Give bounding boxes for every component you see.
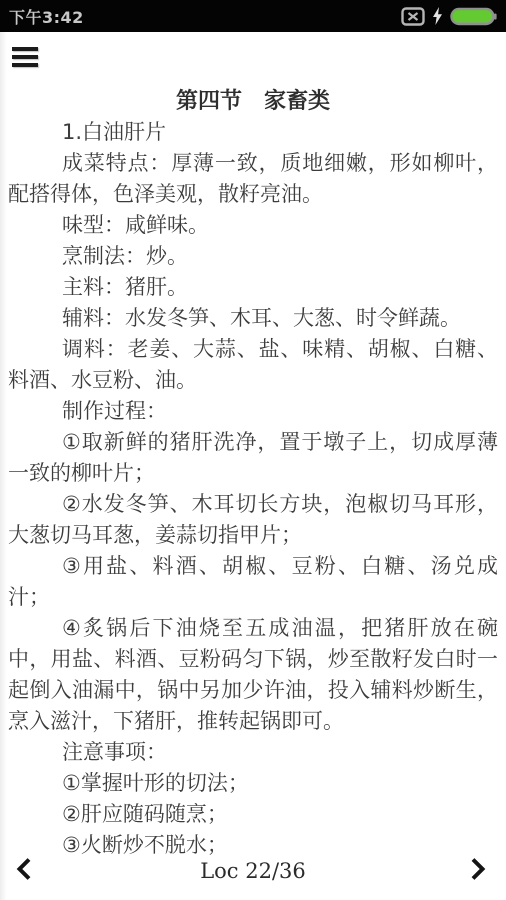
paragraph: 烹制法：炒。 <box>8 241 498 272</box>
hamburger-menu-icon <box>12 47 40 67</box>
status-icons <box>401 7 497 26</box>
footer-nav: Loc 22/36 <box>0 853 506 889</box>
prev-page-button[interactable] <box>16 858 36 884</box>
battery-full-icon <box>450 7 497 26</box>
reader-app-screen: 下午3:42 <box>0 0 506 900</box>
chevron-right-icon <box>470 857 486 885</box>
next-page-button[interactable] <box>470 858 490 884</box>
paragraph: 1.白油肝片 <box>8 117 498 148</box>
paragraph: ①掌握叶形的切法； <box>8 768 498 799</box>
paragraph: ①取新鲜的猪肝洗净，置于墩子上，切成厚薄一致的柳叶片； <box>8 427 498 489</box>
paragraph: ②肝应随码随烹； <box>8 799 498 830</box>
status-bar: 下午3:42 <box>0 0 506 32</box>
paragraph: 味型：咸鲜味。 <box>8 210 498 241</box>
paragraph: 注意事项： <box>8 737 498 768</box>
paragraph: 制作过程： <box>8 396 498 427</box>
charging-bolt-icon <box>432 7 443 25</box>
paragraph: ②水发冬笋、木耳切长方块，泡椒切马耳形，大葱切马耳葱，姜蒜切指甲片； <box>8 489 498 551</box>
paragraph: 调料：老姜、大蒜、盐、味精、胡椒、白糖、料酒、水豆粉、油。 <box>8 334 498 396</box>
paragraph: ④炙锅后下油烧至五成油温，把猪肝放在碗中，用盐、料酒、豆粉码匀下锅，炒至散籽发白… <box>8 613 498 737</box>
paragraph: 成菜特点：厚薄一致，质地细嫩，形如柳叶，配搭得体，色泽美观，散籽亮油。 <box>8 148 498 210</box>
paragraph: ③用盐、料酒、胡椒、豆粉、白糖、汤兑成汁； <box>8 551 498 613</box>
page-title: 第四节 家畜类 <box>8 86 498 117</box>
paragraph: 主料：猪肝。 <box>8 272 498 303</box>
location-indicator: Loc 22/36 <box>0 859 506 883</box>
status-time: 下午3:42 <box>9 5 84 28</box>
menu-button[interactable] <box>12 47 40 73</box>
chevron-left-icon <box>16 857 32 885</box>
no-sim-icon <box>401 7 425 26</box>
paragraph: 辅料：水发冬笋、木耳、大葱、时令鲜蔬。 <box>8 303 498 334</box>
reader-page[interactable]: 第四节 家畜类 1.白油肝片 成菜特点：厚薄一致，质地细嫩，形如柳叶，配搭得体，… <box>0 32 506 861</box>
